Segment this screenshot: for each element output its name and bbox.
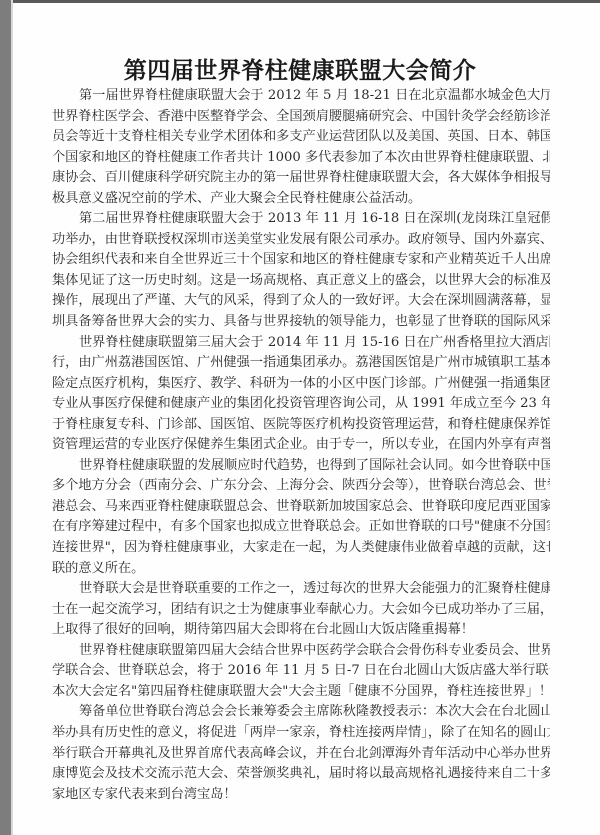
text-line: 本次大会定名"第四届脊柱健康联盟大会"大会主题「健康不分国界，脊柱连接世界」！ [52, 682, 550, 703]
document-body: 第一届世界脊柱健康联盟大会于 2012 年 5 月 18-21 日在北京温都水城… [52, 86, 550, 805]
text-line: 协会组织代表和来自全世界近三十个国家和地区的脊柱健康专家和产业精英近千人出席盛会… [52, 250, 550, 271]
document-title: 第四届世界脊柱健康联盟大会简介 [0, 52, 600, 85]
text-line: 学联合会、世脊联总会，将于 2016 年 11 月 5 日-7 日在台北圆山大饭… [52, 661, 550, 682]
text-line: 联的意义所在。 [52, 559, 550, 580]
paragraph-organizer-statement: 筹备单位世脊联台湾总会会长兼筹委会主席陈秋隆教授表示：本次大会在台北圆山大饭店 … [52, 702, 550, 805]
viewer-left-margin [0, 0, 11, 835]
text-line: 个国家和地区的脊柱健康工作者共计 1000 多代表参加了本次由世界脊柱健康联盟、… [52, 148, 550, 169]
text-line: 资管理运营的专业医疗保健养生集团式企业。由于专一，所以专业，在国内外享有声誉。 [52, 435, 550, 456]
paragraph-fourth-congress: 世界脊柱健康联盟第四届大会结合世界中医药学会联合会骨伤科专业委员会、世界手法医 … [52, 641, 550, 703]
text-line: 险定点医疗机构，集医疗、教学、科研为一体的小区中医门诊部。广州健强一指通集团是一… [52, 374, 550, 395]
text-line: 筹备单位世脊联台湾总会会长兼筹委会主席陈秋隆教授表示：本次大会在台北圆山大饭店 [52, 702, 550, 723]
text-line: 世脊联大会是世脊联重要的工作之一，透过每次的世界大会能强力的汇聚脊柱健康行业人 [52, 579, 550, 600]
text-line: 功举办，由世脊联授权深圳市送美堂实业发展有限公司承办。政府领导、国内外嘉宾、学会… [52, 230, 550, 251]
text-line: 第二届世界脊柱健康联盟大会于 2013 年 11 月 16-18 日在深圳(龙岗… [52, 209, 550, 230]
text-line: 行，由广州荔港国医馆、广州健强一指通集团承办。荔港国医馆是广州市城镇职工基本医疗… [52, 353, 550, 374]
text-line: 世界脊柱健康联盟第三届大会于 2014 年 11 月 15-16 日在广州香格里… [52, 333, 550, 354]
text-line: 第一届世界脊柱健康联盟大会于 2012 年 5 月 18-21 日在北京温都水城… [52, 86, 550, 107]
text-line: 集体见证了这一历史时刻。这是一场高规格、真正意义上的盛会，以世界大会的标准及流程… [52, 271, 550, 292]
text-line: 举办具有历史性的意义，将促进「两岸一家亲，脊柱连接两岸情」，除了在知名的圆山大饭… [52, 723, 550, 744]
text-line: 世界脊柱健康联盟第四届大会结合世界中医药学会联合会骨伤科专业委员会、世界手法医 [52, 641, 550, 662]
text-line: 于脊柱康复专科、门诊部、国医馆、医院等医疗机构投资管理运营，和脊柱健康保养馆连锁… [52, 415, 550, 436]
text-line: 家地区专家代表来到台湾宝岛！ [52, 785, 550, 806]
text-line: 圳具备筹备世界大会的实力、具备与世界接轨的领导能力，也彰显了世脊联的国际风采。 [52, 312, 550, 333]
paragraph-alliance-development: 世界脊柱健康联盟的发展顺应时代趋势，也得到了国际社会认同。如今世脊联中国总会及 … [52, 456, 550, 579]
text-line: 在有序筹建过程中，有多个国家也拟成立世脊联总会。正如世脊联的口号"健康不分国家，… [52, 517, 550, 538]
text-line: 专业从事医疗保健和健康产业的集团化投资管理咨询公司，从 1991 年成立至今 2… [52, 394, 550, 415]
paragraph-first-congress: 第一届世界脊柱健康联盟大会于 2012 年 5 月 18-21 日在北京温都水城… [52, 86, 550, 209]
text-line: 康博览会及技术交流示范大会、荣誉颁奖典礼，届时将以最高规格礼遇接待来自二十多个的… [52, 764, 550, 785]
text-line: 康协会、百川健康科学研究院主办的第一届世界脊柱健康联盟大会，各大媒体争相报导了本… [52, 168, 550, 189]
text-line: 港总会、马来西亚脊柱健康联盟总会、世脊联新加坡国家总会、世脊联印度尼西亚国家总会… [52, 497, 550, 518]
text-line: 操作，展现出了严谨、大气的风采，得到了众人的一致好评。大会在深圳圆满落幕，显示了… [52, 291, 550, 312]
text-line: 举行联合开幕典礼及世界首席代表高峰会议，并在台北剑潭海外青年活动中心举办世界脊柱… [52, 744, 550, 765]
text-line: 极具意义盛况空前的学术、产业大聚会全民脊柱健康公益活动。 [52, 189, 550, 210]
text-line: 士在一起交流学习，团结有识之士为健康事业奉献心力。大会如今已成功举办了三届，在国… [52, 600, 550, 621]
paragraph-second-congress: 第二届世界脊柱健康联盟大会于 2013 年 11 月 16-18 日在深圳(龙岗… [52, 209, 550, 332]
text-line: 世界脊柱健康联盟的发展顺应时代趋势，也得到了国际社会认同。如今世脊联中国总会及 [52, 456, 550, 477]
text-line: 员会等近十支脊柱相关专业学术团体和多支产业运营团队以及美国、英国、日本、韩国等 … [52, 127, 550, 148]
text-line: 上取得了很好的回响，期待第四届大会即将在台北圆山大饭店隆重揭幕！ [52, 620, 550, 641]
text-line: 世界脊柱医学会、香港中医整脊学会、全国颈肩腰腿痛研究会、中国针灸学会经筋诊治疗法… [52, 107, 550, 128]
text-line: 多个地方分会（西南分会、广东分会、上海分会、陕西分会等），世脊联台湾总会、世脊联… [52, 476, 550, 497]
paragraph-third-congress: 世界脊柱健康联盟第三届大会于 2014 年 11 月 15-16 日在广州香格里… [52, 333, 550, 456]
text-line: 连接世界"，因为脊柱健康事业，大家走在一起，为人类健康伟业做着卓越的贡献，这也是… [52, 538, 550, 559]
paragraph-congress-importance: 世脊联大会是世脊联重要的工作之一，透过每次的世界大会能强力的汇聚脊柱健康行业人 … [52, 579, 550, 641]
